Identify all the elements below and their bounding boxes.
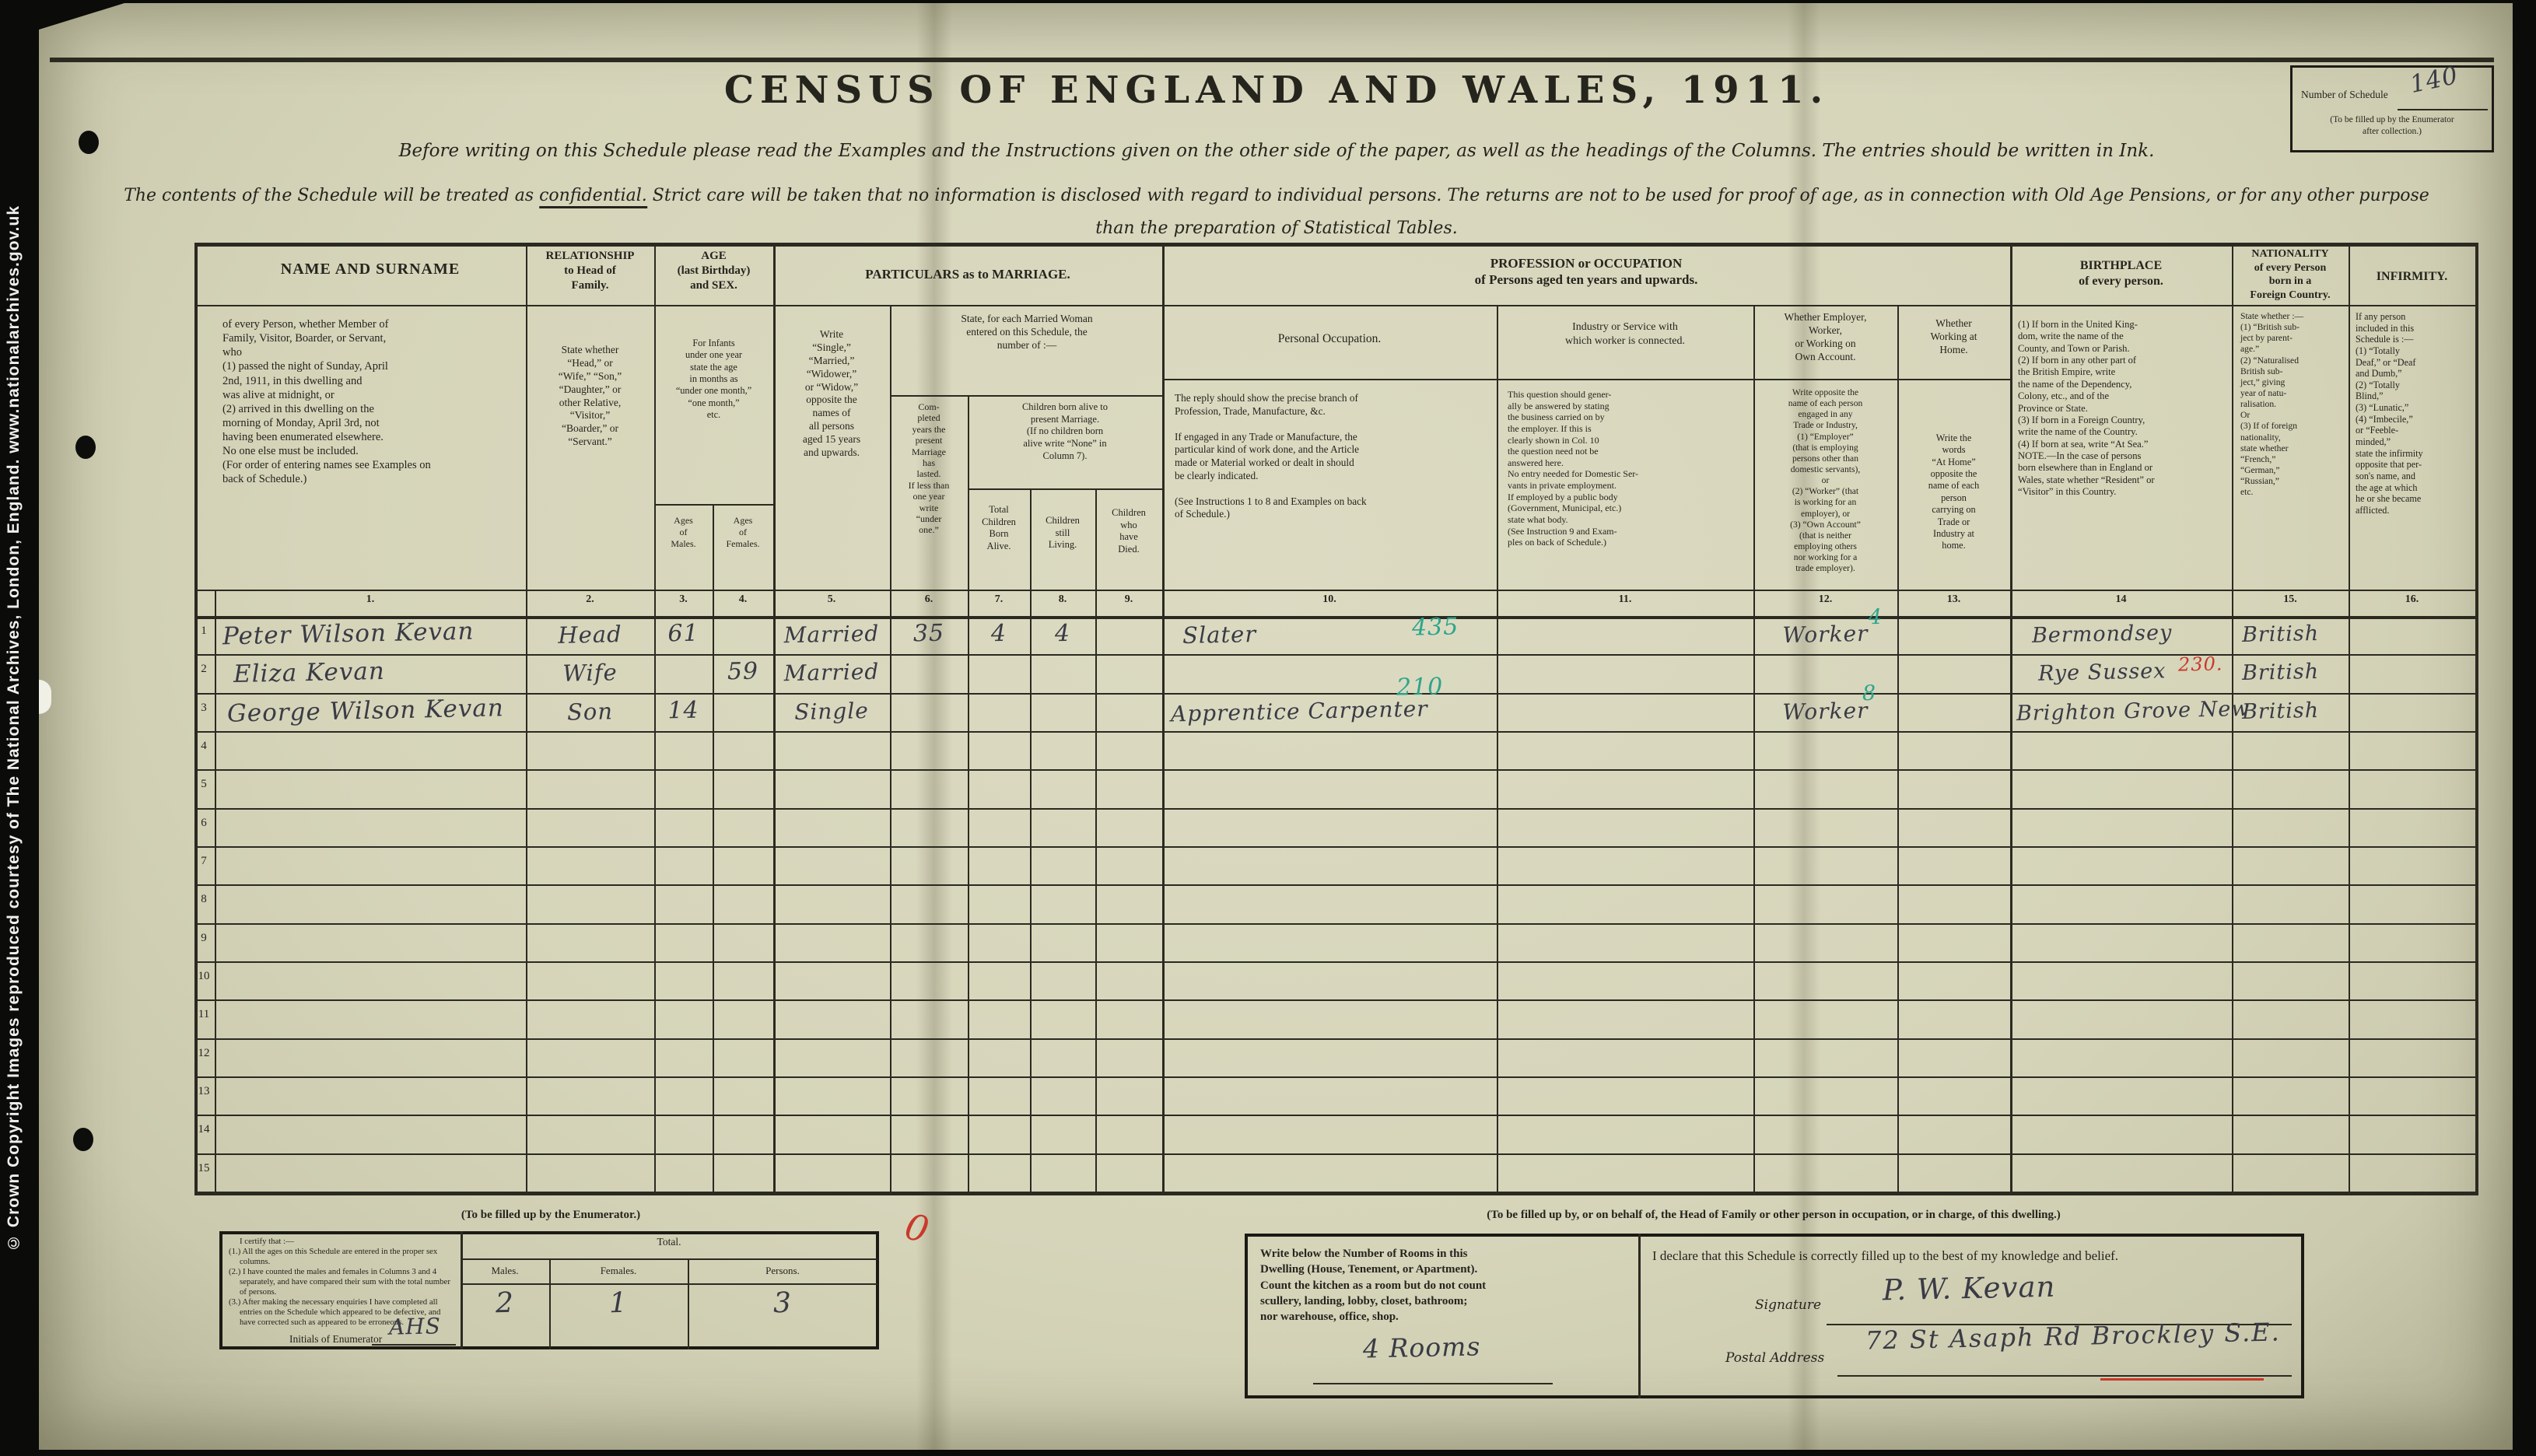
row-number: 8 [194, 892, 213, 907]
divider [194, 305, 2475, 306]
divider [713, 504, 714, 1192]
initials-value: AHS [389, 1315, 441, 1338]
divider [2398, 109, 2488, 110]
totals-label: Total. [461, 1236, 877, 1249]
entry-age-male: 14 [654, 698, 713, 723]
enumerator-section-title: (To be filled up by the Enumerator.) [222, 1208, 879, 1223]
col-relationship-title: RELATIONSHIP to Head of Family. [526, 249, 654, 292]
column-number: 16. [2349, 593, 2475, 607]
divider [194, 590, 2475, 591]
divider [194, 731, 2475, 733]
divider [194, 884, 2475, 886]
entry-nationality: British [2242, 700, 2320, 723]
entry-relationship: Wife [526, 660, 655, 685]
col-years-married-desc: Com- pleted years the present Marriage h… [891, 401, 966, 536]
entry-birthplace: Rye Sussex [2038, 660, 2166, 684]
divider [50, 58, 2494, 62]
col-children-born-label: Total Children Born Alive. [968, 504, 1030, 553]
certify-intro: I certify that :— [229, 1237, 456, 1247]
entry-relationship: Head [526, 622, 655, 647]
females-total-value: 1 [549, 1288, 688, 1319]
males-total-label: Males. [461, 1265, 549, 1277]
clerk-red-underline [2100, 1378, 2264, 1381]
column-number: 1. [215, 593, 526, 607]
col-children-living-label: Children still Living. [1030, 515, 1095, 551]
divider [194, 1038, 2475, 1040]
entry-years-married: 35 [890, 621, 969, 646]
entry-age-male: 61 [654, 621, 713, 646]
column-number: 7. [968, 593, 1030, 607]
divider [372, 1344, 456, 1346]
row-number: 13 [194, 1084, 213, 1099]
divider [1313, 1383, 1553, 1384]
row-number: 3 [194, 701, 213, 716]
col-infirmity-title: INFIRMITY. [2349, 269, 2475, 285]
col-at-home-title: Whether Working at Home. [1897, 317, 2010, 357]
col-nationality-title: NATIONALITY of every Person born in a Fo… [2232, 247, 2349, 302]
divider [194, 808, 2475, 810]
divider [194, 923, 2475, 925]
col-employer-title: Whether Employer, Worker, or Working on … [1753, 311, 1897, 364]
divider [215, 590, 216, 1192]
column-number: 4. [713, 593, 773, 607]
divider [194, 769, 2475, 771]
clerk-code-occupation: 435 [1412, 615, 1459, 639]
confidential-post: Strict care will be taken that no inform… [647, 186, 2429, 205]
hole-punch [79, 131, 99, 154]
row-number: 14 [194, 1122, 213, 1137]
clerk-code-employment: 4 [1869, 607, 1883, 628]
col-name-desc: of every Person, whether Member of Famil… [222, 317, 521, 487]
hole-punch [73, 1128, 93, 1151]
column-number: 15. [2232, 593, 2349, 607]
entry-children-living: 4 [1030, 621, 1096, 646]
instruction-line-2: than the preparation of Statistical Tabl… [1095, 218, 1457, 240]
col-industry-label: Industry or Service with which worker is… [1497, 320, 1753, 348]
divider [194, 999, 2475, 1001]
col-relationship-desc: State whether “Head,” or “Wife,” “Son,” … [527, 344, 653, 449]
row-number: 12 [194, 1046, 213, 1061]
col-marriage-title: PARTICULARS as to MARRIAGE. [773, 266, 1162, 282]
col-personal-occupation-desc: The reply should show the precise branch… [1175, 392, 1486, 521]
divider [194, 1115, 2475, 1116]
divider [194, 1076, 2475, 1078]
col-personal-occupation-label: Personal Occupation. [1162, 331, 1497, 346]
initials-label: Initials of Enumerator [289, 1333, 382, 1346]
col-marriage-status-desc: Write “Single,” “Married,” “Widower,” or… [775, 328, 888, 460]
divider [654, 504, 773, 506]
col-married-woman-head: State, for each Married Woman entered on… [895, 313, 1159, 352]
col-nationality-desc: State whether :— (1) “British sub- ject … [2240, 311, 2345, 498]
entry-name: George Wilson Kevan [227, 696, 504, 726]
census-schedule-scan: © Crown Copyright Images reproduced cour… [0, 0, 2536, 1456]
entry-nationality: British [2242, 623, 2320, 646]
entry-name: Peter Wilson Kevan [222, 620, 475, 649]
divider [1837, 1375, 2292, 1377]
females-total-label: Females. [549, 1265, 688, 1277]
column-number: 12. [1753, 593, 1897, 607]
col-employer-desc: Write opposite the name of each person e… [1758, 387, 1893, 574]
entry-marriage-status: Married [773, 660, 891, 684]
entry-relationship: Son [526, 699, 655, 724]
entry-marriage-status: Single [773, 699, 891, 723]
certify-item: (1.) All the ages on this Schedule are e… [229, 1247, 456, 1267]
address-label: Postal Address [1725, 1350, 1824, 1367]
declaration-text: I declare that this Schedule is correctl… [1652, 1248, 2118, 1264]
divider [2010, 243, 2012, 1192]
row-number: 10 [194, 969, 213, 984]
divider [1162, 243, 1165, 1192]
col-at-home-desc: Write the words “At Home” opposite the n… [1900, 432, 2007, 552]
col-age-males-label: Ages of Males. [654, 515, 713, 550]
divider [194, 961, 2475, 963]
col-age-females-label: Ages of Females. [713, 515, 773, 550]
persons-total-label: Persons. [688, 1265, 877, 1277]
col-children-died-label: Children who have Died. [1095, 507, 1162, 556]
males-total-value: 2 [461, 1289, 550, 1318]
rooms-value: 4 Rooms [1363, 1333, 1481, 1361]
divider [194, 693, 2475, 695]
clerk-code-birthplace: 230. [2178, 654, 2223, 674]
column-number: 8. [1030, 593, 1095, 607]
schedule-number-label: Number of Schedule [2301, 89, 2388, 102]
row-number: 6 [194, 816, 213, 831]
rooms-instructions: Write below the Number of Rooms in this … [1260, 1246, 1629, 1325]
column-number: 14 [2010, 593, 2232, 607]
entry-occupation: Apprentice Carpenter [1171, 698, 1428, 726]
clerk-code-occupation: 210 [1396, 675, 1444, 699]
column-number: 11. [1497, 593, 1753, 607]
divider [194, 616, 2478, 619]
col-birthplace-desc: (1) If born in the United King- dom, wri… [2018, 319, 2226, 498]
household-section-title: (To be filled up by, or on behalf of, th… [1245, 1208, 2303, 1223]
divider [1897, 305, 1899, 1192]
copyright-strip: © Crown Copyright Images reproduced cour… [0, 0, 28, 1456]
divider [2475, 243, 2478, 1192]
corner-shadow [39, 3, 124, 30]
instruction-line-1: Before writing on this Schedule please r… [399, 140, 2155, 163]
col-industry-desc: This question should gener- ally be answ… [1508, 389, 1746, 548]
divider [461, 1258, 877, 1260]
divider [194, 243, 2478, 247]
column-number: 10. [1162, 593, 1497, 607]
row-number: 1 [194, 624, 213, 639]
col-profession-title: PROFESSION or OCCUPATION of Persons aged… [1162, 255, 2010, 289]
fold-crease [1788, 3, 1820, 1450]
schedule-number-note: (To be filled up by the Enumerator after… [2293, 114, 2491, 138]
entry-occupation: Slater [1182, 623, 1257, 647]
row-number: 2 [194, 662, 213, 677]
row-number: 9 [194, 931, 213, 946]
column-number: 5. [773, 593, 890, 607]
divider [194, 1153, 2475, 1155]
divider [194, 1192, 2478, 1195]
entry-children-born: 4 [968, 621, 1031, 646]
hole-punch [75, 436, 96, 459]
col-children-head: Children born alive to present Marriage.… [971, 401, 1159, 462]
col-age-title: AGE (last Birthday) and SEX. [654, 249, 773, 292]
col-age-desc: For Infants under one year state the age… [656, 338, 772, 422]
copyright-text: © Crown Copyright Images reproduced cour… [5, 205, 23, 1251]
divider [461, 1283, 877, 1285]
entry-marriage-status: Married [773, 622, 891, 646]
column-number: 3. [654, 593, 713, 607]
confidential-pre: The contents of the Schedule will be tre… [124, 186, 539, 205]
certify-item: (2.) I have counted the males and female… [229, 1267, 456, 1297]
col-infirmity-desc: If any person included in this Schedule … [2356, 311, 2471, 516]
divider [194, 846, 2475, 848]
divider [1638, 1234, 1641, 1398]
signature-value: P. W. Kevan [1883, 1272, 2056, 1305]
signature-label: Signature [1755, 1297, 1821, 1314]
divider [1497, 305, 1498, 1192]
divider [1162, 379, 2010, 380]
column-number: 9. [1095, 593, 1162, 607]
page-title: CENSUS OF ENGLAND AND WALES, 1911. [724, 67, 1829, 114]
divider [1753, 305, 1755, 1192]
confidential-word: confidential. [539, 186, 647, 208]
divider [194, 654, 2475, 656]
row-number: 11 [194, 1007, 213, 1022]
col-name-title: NAME AND SURNAME [215, 260, 526, 279]
entry-nationality: British [2242, 661, 2320, 684]
entry-birthplace: Brighton Grove New [2016, 698, 2251, 724]
entry-age-female: 59 [713, 660, 774, 684]
column-number: 6. [890, 593, 968, 607]
divider [968, 488, 1162, 490]
entry-birthplace: Bermondsey [2032, 622, 2173, 646]
row-number: 4 [194, 739, 213, 754]
divider [2349, 243, 2350, 1192]
column-number: 13. [1897, 593, 2010, 607]
row-number: 7 [194, 854, 213, 869]
clerk-code-employment: 8 [1862, 683, 1877, 704]
column-number: 2. [526, 593, 654, 607]
row-number: 5 [194, 777, 213, 792]
col-birthplace-title: BIRTHPLACE of every person. [2010, 258, 2232, 289]
entry-name: Eliza Kevan [233, 660, 385, 687]
divider [890, 395, 1162, 397]
persons-total-value: 3 [688, 1287, 878, 1319]
row-number: 15 [194, 1161, 213, 1176]
confidential-line: The contents of the Schedule will be tre… [124, 185, 2429, 207]
